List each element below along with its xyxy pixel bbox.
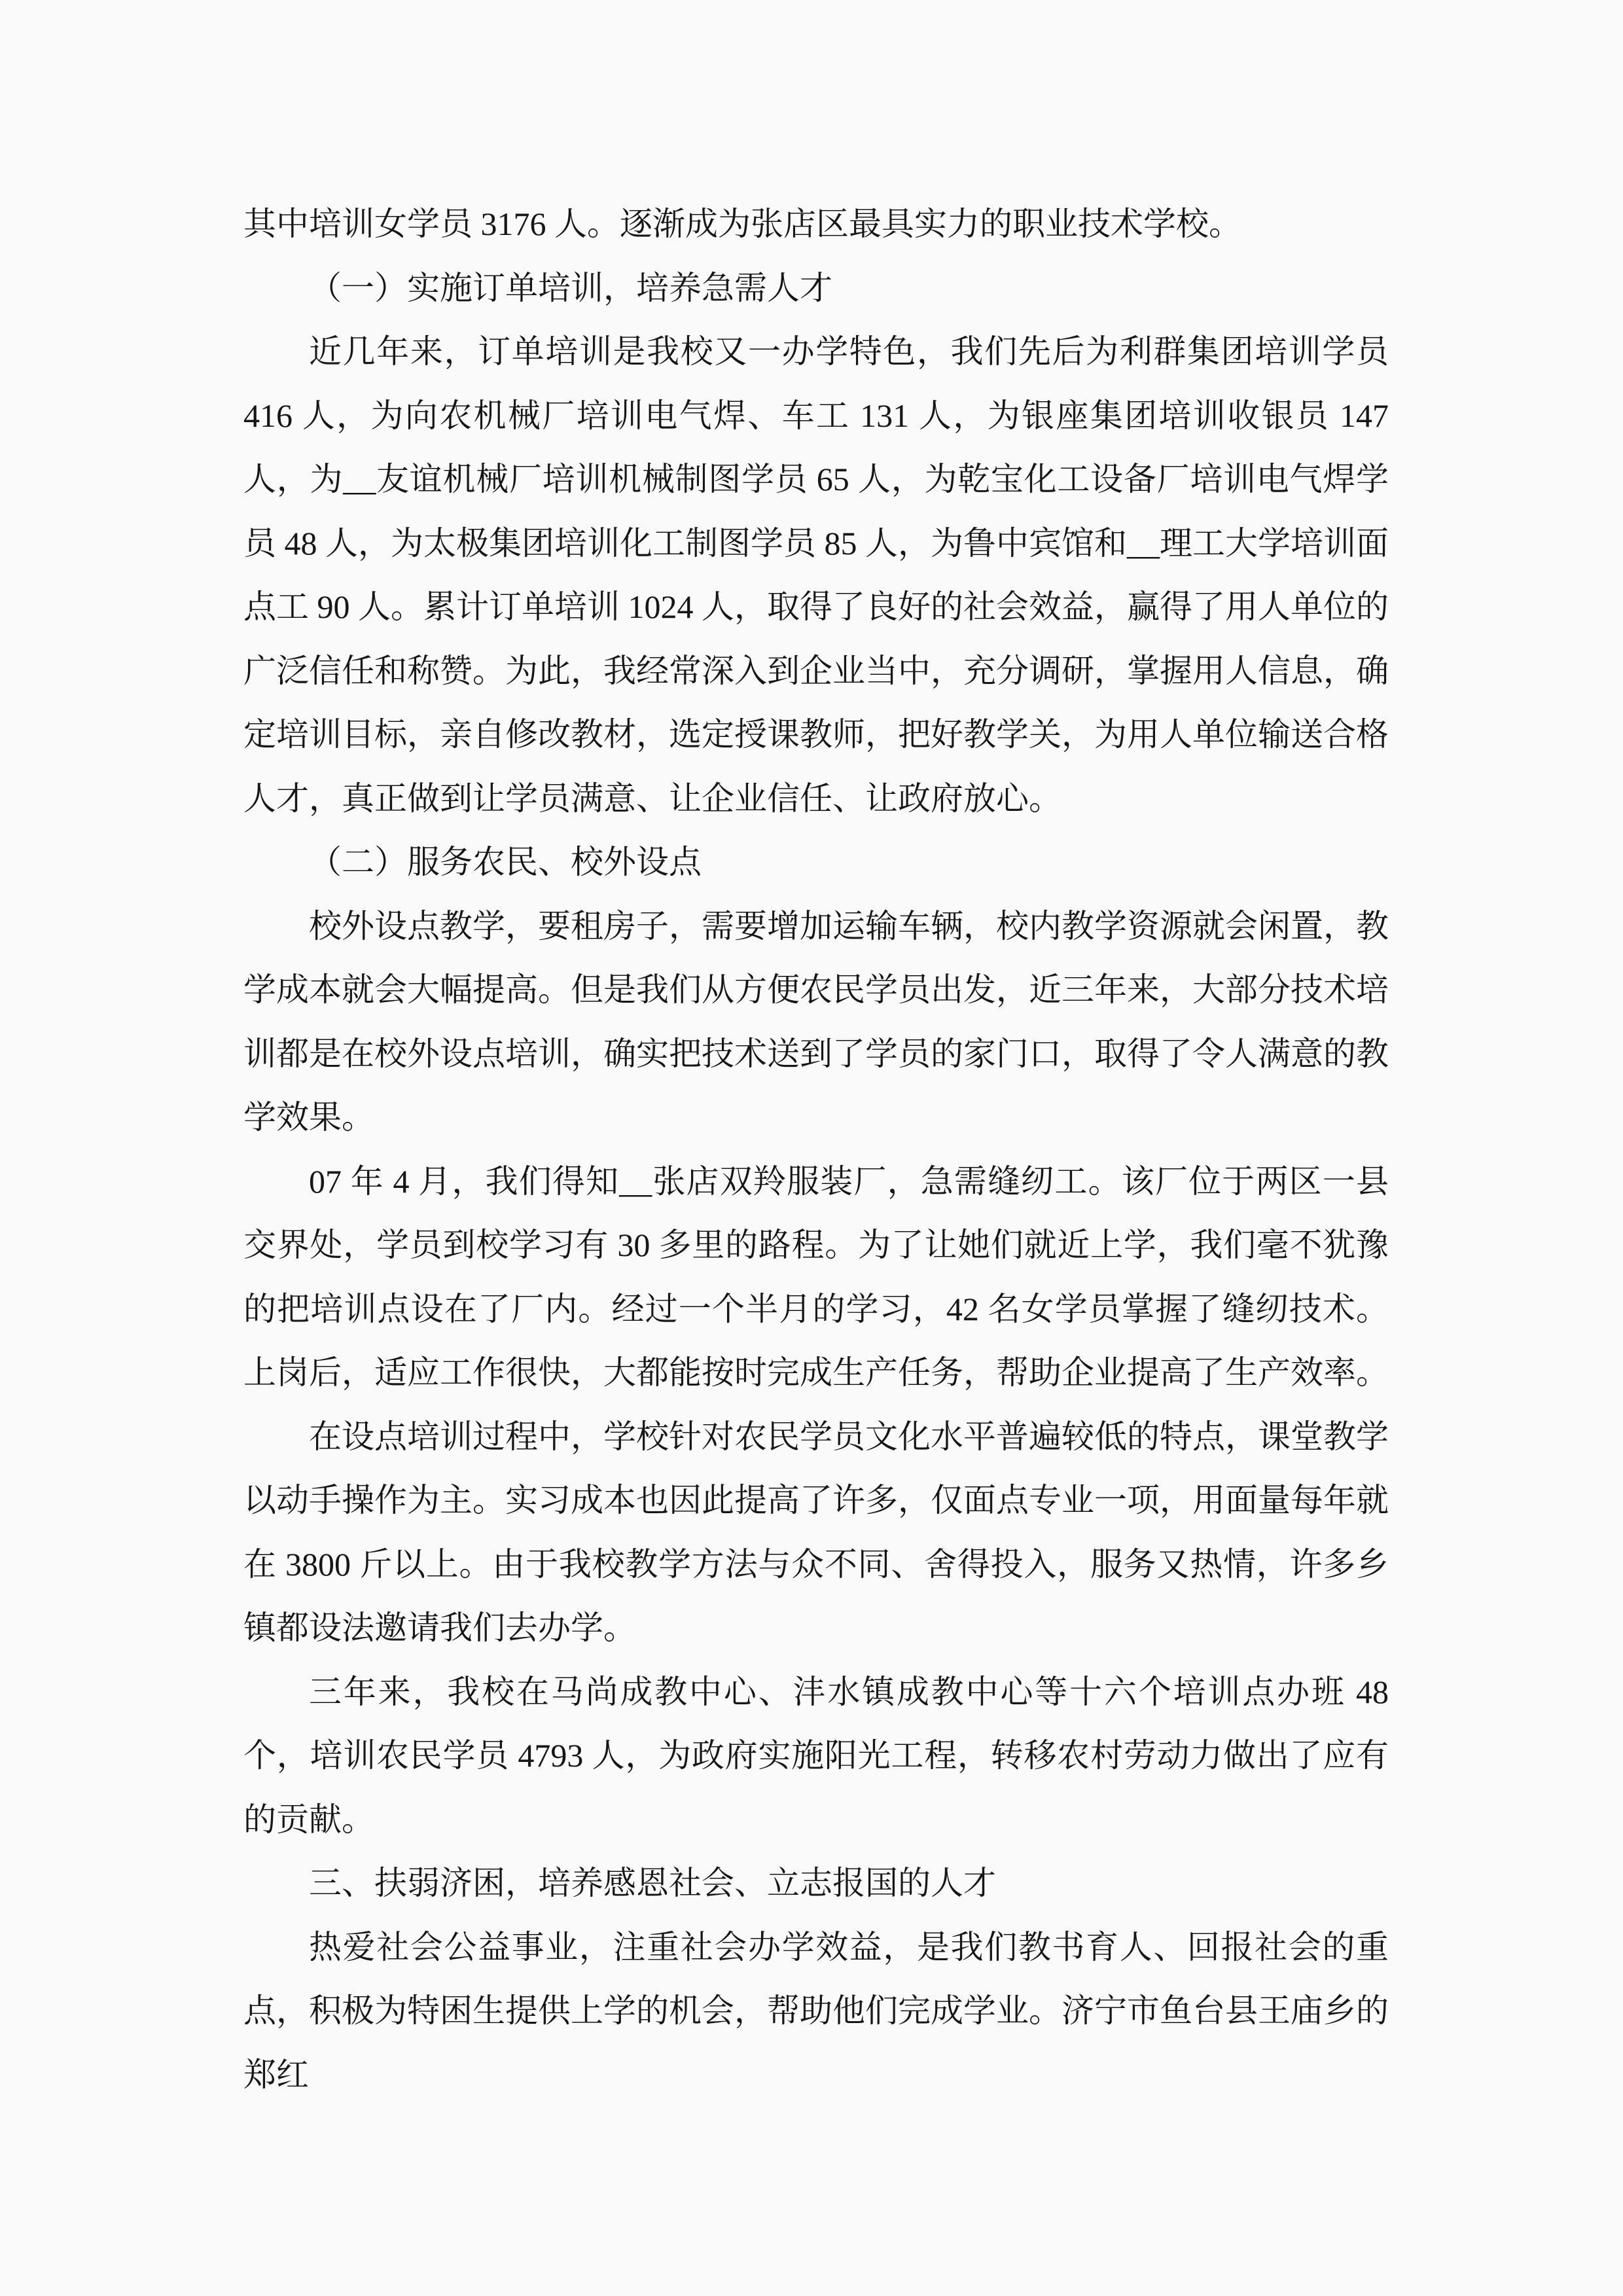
paragraph: 其中培训女学员 3176 人。逐渐成为张店区最具实力的职业技术学校。 [243, 192, 1389, 257]
document-body: 其中培训女学员 3176 人。逐渐成为张店区最具实力的职业技术学校。（一）实施订… [0, 0, 1623, 2296]
paragraph: 校外设点教学，要租房子，需要增加运输车辆，校内教学资源就会闲置，教学成本就会大幅… [243, 895, 1389, 1150]
paragraph: 在设点培训过程中，学校针对农民学员文化水平普遍较低的特点，课堂教学以动手操作为主… [243, 1405, 1389, 1660]
section-heading: 三、扶弱济困，培养感恩社会、立志报国的人才 [243, 1852, 1389, 1916]
paragraph: 热爱社会公益事业，注重社会办学效益，是我们教书育人、回报社会的重点，积极为特困生… [243, 1916, 1389, 2108]
paragraph: 07 年 4 月，我们得知__张店双羚服装厂，急需缝纫工。该厂位于两区一县交界处… [243, 1150, 1389, 1405]
paragraph: 三年来，我校在马尚成教中心、沣水镇成教中心等十六个培训点办班 48 个，培训农民… [243, 1660, 1389, 1852]
paragraph: 近几年来，订单培训是我校又一办学特色，我们先后为利群集团培训学员 416 人，为… [243, 320, 1389, 831]
section-heading: （一）实施订单培训，培养急需人才 [243, 257, 1389, 321]
document-page: 其中培训女学员 3176 人。逐渐成为张店区最具实力的职业技术学校。（一）实施订… [0, 0, 1623, 2296]
section-heading: （二）服务农民、校外设点 [243, 831, 1389, 895]
